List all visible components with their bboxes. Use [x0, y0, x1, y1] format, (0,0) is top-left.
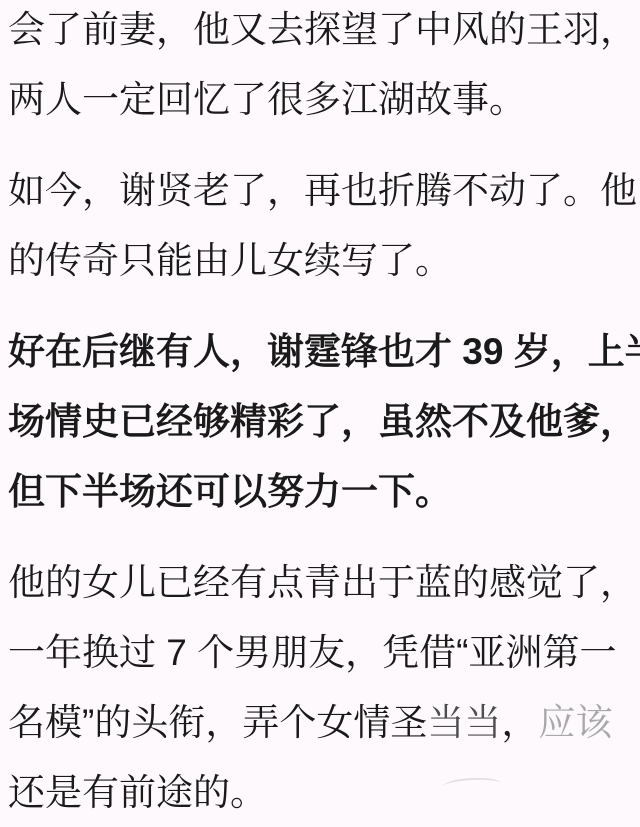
text-line-with-faded-watermark: 名模”的头衔，弄个女情圣当当，应该 — [8, 688, 640, 758]
text-line: 还是有前途的。 — [8, 758, 640, 827]
text-line: 一年换过 7 个男朋友，凭借“亚洲第一 — [8, 618, 640, 688]
text-line: 如今，谢贤老了，再也折腾不动了。他 — [8, 156, 640, 226]
text-line: 会了前妻，他又去探望了中风的王羽， — [8, 0, 640, 65]
text-line: 两人一定回忆了很多江湖故事。 — [8, 65, 640, 135]
text-line: 好在后继有人，谢霆锋也才 39 岁，上半 — [8, 317, 640, 387]
paragraph-2: 如今，谢贤老了，再也折腾不动了。他 的传奇只能由儿女续写了。 — [8, 156, 640, 296]
article-text: 会了前妻，他又去探望了中风的王羽， 两人一定回忆了很多江湖故事。 如今，谢贤老了… — [0, 0, 640, 827]
text-segment: ， — [501, 702, 538, 743]
text-line: 但下半场还可以努力一下。 — [8, 457, 640, 527]
page: { "page": { "background_color": "#fdf9fc… — [0, 0, 640, 827]
paragraph-3-bold: 好在后继有人，谢霆锋也才 39 岁，上半 场情史已经够精彩了，虽然不及他爹， 但… — [8, 317, 640, 527]
text-segment-semi-faded: 当当 — [427, 702, 501, 743]
text-line: 的传奇只能由儿女续写了。 — [8, 226, 640, 296]
paragraph-4: 他的女儿已经有点青出于蓝的感觉了， 一年换过 7 个男朋友，凭借“亚洲第一 名模… — [8, 548, 640, 827]
text-line: 他的女儿已经有点青出于蓝的感觉了， — [8, 548, 640, 618]
paragraph-1: 会了前妻，他又去探望了中风的王羽， 两人一定回忆了很多江湖故事。 — [8, 0, 640, 135]
text-segment: 名模”的头衔，弄个女情圣 — [8, 702, 427, 743]
text-segment-faded: 应该 — [538, 702, 612, 743]
text-line: 场情史已经够精彩了，虽然不及他爹， — [8, 387, 640, 457]
